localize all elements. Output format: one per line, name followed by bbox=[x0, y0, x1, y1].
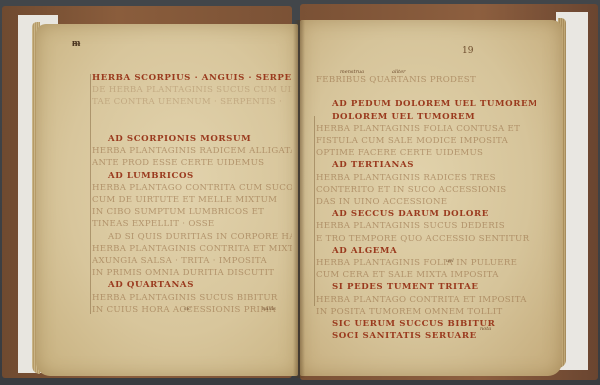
corner-mark: ᵯ bbox=[72, 38, 80, 49]
manuscript-line: SIC UERUM SUCCUS BIBITUR bbox=[316, 318, 536, 330]
manuscript-line: DE HERBA PLANTAGINIS SUCUS CUM UINO bbox=[92, 84, 292, 96]
manuscript-line: CUM DE UIRTUTE ET MELLE MIXTUM bbox=[92, 194, 292, 206]
manuscript-line: DOLOREM UEL TUMOREM bbox=[316, 111, 536, 123]
left-page: ᵯ HERBA SCORPIUS · ANGUIS · SERPENTISDE … bbox=[36, 24, 298, 376]
manuscript-line: HERBA PLANTAGINIS FOLIA CONTUSA ET bbox=[316, 123, 536, 135]
manuscript-line: HERBA PLANTAGINIS RADICEM ALLIGATAM bbox=[92, 145, 292, 157]
gloss: aliter bbox=[392, 69, 406, 75]
manuscript-line: FISTULA CUM SALE MODICE IMPOSITA bbox=[316, 135, 536, 147]
manuscript-line: SI PEDES TUMENT TRITAE bbox=[316, 281, 536, 293]
left-text-column: HERBA SCORPIUS · ANGUIS · SERPENTISDE HE… bbox=[92, 72, 292, 316]
manuscript-line: DAS IN UINO ACCESSIONE bbox=[316, 196, 536, 208]
manuscript-line bbox=[92, 121, 292, 133]
gloss: uel bbox=[446, 258, 454, 264]
manuscript-line bbox=[316, 86, 536, 98]
manuscript-line: HERBA PLANTAGINIS RADICES TRES bbox=[316, 172, 536, 184]
manuscript-line: HERBA PLANTAGINIS SUCUS DEDERIS bbox=[316, 220, 536, 232]
manuscript-line: AXUNGIA SALSA · TRITA · IMPOSITA bbox=[92, 255, 292, 267]
ruling-line bbox=[314, 116, 315, 306]
gloss: sic bbox=[184, 306, 191, 312]
manuscript-line: HERBA SCORPIUS · ANGUIS · SERPENTIS bbox=[92, 72, 292, 84]
manuscript-line: HERBA PLANTAGINIS CONTRITA ET MIXTA bbox=[92, 243, 292, 255]
manuscript-line: AD ALGEMA bbox=[316, 245, 536, 257]
ruling-line bbox=[90, 74, 91, 314]
manuscript-line: CONTERITO ET IN SUCO ACCESSIONIS bbox=[316, 184, 536, 196]
gloss: nota bbox=[480, 326, 491, 332]
manuscript-line: AD PEDUM DOLOREM UEL TUMOREM bbox=[316, 98, 536, 110]
folio-number: 19 bbox=[462, 46, 473, 56]
manuscript-line: HERBA PLANTAGO CONTRITA ET IMPOSITA bbox=[316, 294, 536, 306]
manuscript-line: AD TERTIANAS bbox=[316, 159, 536, 171]
manuscript-line: IN POSITA TUMOREM OMNEM TOLLIT bbox=[316, 306, 536, 318]
gloss: nullis bbox=[262, 306, 276, 312]
right-page: 19 FEBRIBUS QUARTANIS PRODEST AD PEDUM D… bbox=[300, 20, 562, 376]
manuscript-line: AD SECCUS DARUM DOLORE bbox=[316, 208, 536, 220]
manuscript-line: AD SCORPIONIS MORSUM bbox=[92, 133, 292, 145]
manuscript-line: OPTIME FACERE CERTE UIDEMUS bbox=[316, 147, 536, 159]
gloss: menstrua bbox=[340, 69, 364, 75]
manuscript-line: AD QUARTANAS bbox=[92, 279, 292, 291]
right-text-column: FEBRIBUS QUARTANIS PRODEST AD PEDUM DOLO… bbox=[316, 74, 536, 342]
manuscript-line: E TRO TEMPORE QUO ACCESSIO SENTITUR bbox=[316, 233, 536, 245]
manuscript-line: CUM CERA ET SALE MIXTA IMPOSITA bbox=[316, 269, 536, 281]
manuscript-line: FEBRIBUS QUARTANIS PRODEST bbox=[316, 74, 536, 86]
manuscript-line: HERBA PLANTAGINIS FOLIA IN PULUERE bbox=[316, 257, 536, 269]
manuscript-line bbox=[92, 109, 292, 121]
manuscript-line: AD LUMBRICOS bbox=[92, 170, 292, 182]
manuscript-line: SOCI SANITATIS SERUARE bbox=[316, 330, 536, 342]
manuscript-line: ANTE PROD ESSE CERTE UIDEMUS bbox=[92, 157, 292, 169]
manuscript-line: AD SI QUIS DURITIAS IN CORPORE HABET bbox=[92, 231, 292, 243]
book-gutter bbox=[293, 20, 305, 378]
manuscript-line: TINEAS EXPELLIT · OSSE bbox=[92, 218, 292, 230]
manuscript-line: TAE CONTRA UENENUM · SERPENTIS · bbox=[92, 96, 292, 108]
manuscript-line: HERBA PLANTAGO CONTRITA CUM SUCO bbox=[92, 182, 292, 194]
manuscript-line: IN CIBO SUMPTUM LUMBRICOS ET bbox=[92, 206, 292, 218]
manuscript-line: HERBA PLANTAGINIS SUCUS BIBITUR bbox=[92, 292, 292, 304]
manuscript-line: IN PRIMIS OMNIA DURITIA DISCUTIT bbox=[92, 267, 292, 279]
